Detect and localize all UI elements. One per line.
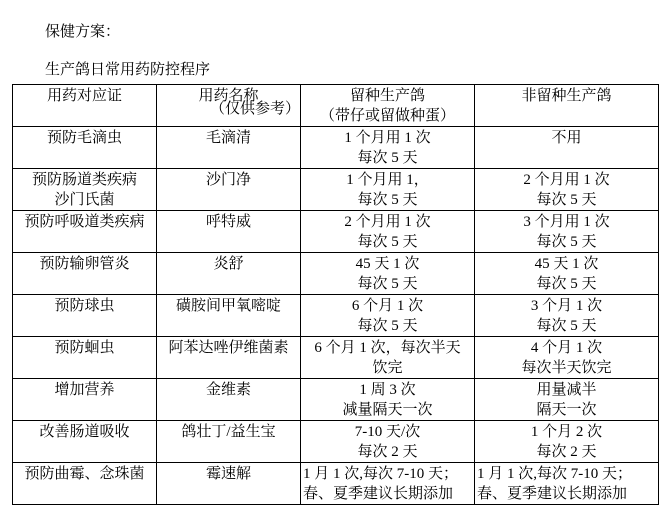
cell-non-breeder-dosage: 1 个月 2 次 每次 2 天: [475, 421, 659, 463]
column-header-non-breeder-pigeon: 非留种生产鸽: [475, 85, 659, 127]
cell-breeder-dosage: 6 个月 1 次 每次 5 天: [301, 295, 475, 337]
cell-non-breeder-dosage: 用量减半 隔天一次: [475, 379, 659, 421]
cell-drug-name: 鸽壮丁/益生宝: [157, 421, 301, 463]
cell-drug-name: 磺胺间甲氧嘧啶: [157, 295, 301, 337]
cell-breeder-dosage: 1 月 1 次,每次 7-10 天； 春、夏季建议长期添加: [301, 463, 475, 505]
table-header-row: 用药对应证 用药名称 留种生产鸽 （带仔或留做种蛋） 非留种生产鸽: [13, 85, 659, 127]
cell-non-breeder-dosage: 45 天 1 次 每次 5 天: [475, 253, 659, 295]
cell-breeder-dosage: 45 天 1 次 每次 5 天: [301, 253, 475, 295]
cell-breeder-dosage: 1 周 3 次 减量隔天一次: [301, 379, 475, 421]
cell-drug-name: 毛滴清: [157, 127, 301, 169]
column-header-drug-name: 用药名称: [157, 85, 301, 127]
table-row: 改善肠道吸收 鸽壮丁/益生宝 7-10 天/次 每次 2 天 1 个月 2 次 …: [13, 421, 659, 463]
table-row: 预防肠道类疾病 沙门氏菌 沙门净 1 个月用 1， 每次 5 天 2 个月用 1…: [13, 169, 659, 211]
cell-indication: 预防输卵管炎: [13, 253, 157, 295]
cell-indication: 预防球虫: [13, 295, 157, 337]
cell-indication: 预防肠道类疾病 沙门氏菌: [13, 169, 157, 211]
cell-non-breeder-dosage: 4 个月 1 次 每次半天饮完: [475, 337, 659, 379]
table-row: 预防输卵管炎 炎舒 45 天 1 次 每次 5 天 45 天 1 次 每次 5 …: [13, 253, 659, 295]
table-row: 预防毛滴虫 毛滴清 1 个月用 1 次 每次 5 天 不用: [13, 127, 659, 169]
title-line-program-name: 生产鸽日常用药防控程序: [45, 61, 300, 80]
column-header-breeder-pigeon: 留种生产鸽 （带仔或留做种蛋）: [301, 85, 475, 127]
cell-drug-name: 阿苯达唑伊维菌素: [157, 337, 301, 379]
cell-drug-name: 金维素: [157, 379, 301, 421]
table-row: 预防呼吸道类疾病 呼特威 2 个月用 1 次 每次 5 天 3 个月用 1 次 …: [13, 211, 659, 253]
cell-breeder-dosage: 6 个月 1 次，每次半天 饮完: [301, 337, 475, 379]
cell-drug-name: 沙门净: [157, 169, 301, 211]
table-row: 预防曲霉、念珠菌 霉速解 1 月 1 次,每次 7-10 天； 春、夏季建议长期…: [13, 463, 659, 505]
title-line-health-plan: 保健方案：: [45, 23, 300, 42]
table-row: 预防球虫 磺胺间甲氧嘧啶 6 个月 1 次 每次 5 天 3 个月 1 次 每次…: [13, 295, 659, 337]
cell-drug-name: 霉速解: [157, 463, 301, 505]
cell-breeder-dosage: 1 个月用 1， 每次 5 天: [301, 169, 475, 211]
cell-non-breeder-dosage: 2 个月用 1 次 每次 5 天: [475, 169, 659, 211]
table-row: 增加营养 金维素 1 周 3 次 减量隔天一次 用量减半 隔天一次: [13, 379, 659, 421]
cell-indication: 预防曲霉、念珠菌: [13, 463, 157, 505]
cell-breeder-dosage: 2 个月用 1 次 每次 5 天: [301, 211, 475, 253]
cell-drug-name: 炎舒: [157, 253, 301, 295]
cell-breeder-dosage: 1 个月用 1 次 每次 5 天: [301, 127, 475, 169]
document-page: 保健方案： 生产鸽日常用药防控程序 （仅供参考） 用药对应证 用药名称 留种生产…: [0, 0, 672, 530]
cell-indication: 预防毛滴虫: [13, 127, 157, 169]
cell-non-breeder-dosage: 3 个月用 1 次 每次 5 天: [475, 211, 659, 253]
cell-breeder-dosage: 7-10 天/次 每次 2 天: [301, 421, 475, 463]
table-row: 预防蛔虫 阿苯达唑伊维菌素 6 个月 1 次，每次半天 饮完 4 个月 1 次 …: [13, 337, 659, 379]
cell-indication: 改善肠道吸收: [13, 421, 157, 463]
cell-non-breeder-dosage: 1 月 1 次,每次 7-10 天； 春、夏季建议长期添加: [475, 463, 659, 505]
cell-indication: 增加营养: [13, 379, 157, 421]
cell-indication: 预防蛔虫: [13, 337, 157, 379]
cell-indication: 预防呼吸道类疾病: [13, 211, 157, 253]
cell-non-breeder-dosage: 不用: [475, 127, 659, 169]
medication-schedule-table: 用药对应证 用药名称 留种生产鸽 （带仔或留做种蛋） 非留种生产鸽 预防毛滴虫 …: [12, 84, 659, 505]
cell-non-breeder-dosage: 3 个月 1 次 每次 5 天: [475, 295, 659, 337]
column-header-indication: 用药对应证: [13, 85, 157, 127]
cell-drug-name: 呼特威: [157, 211, 301, 253]
